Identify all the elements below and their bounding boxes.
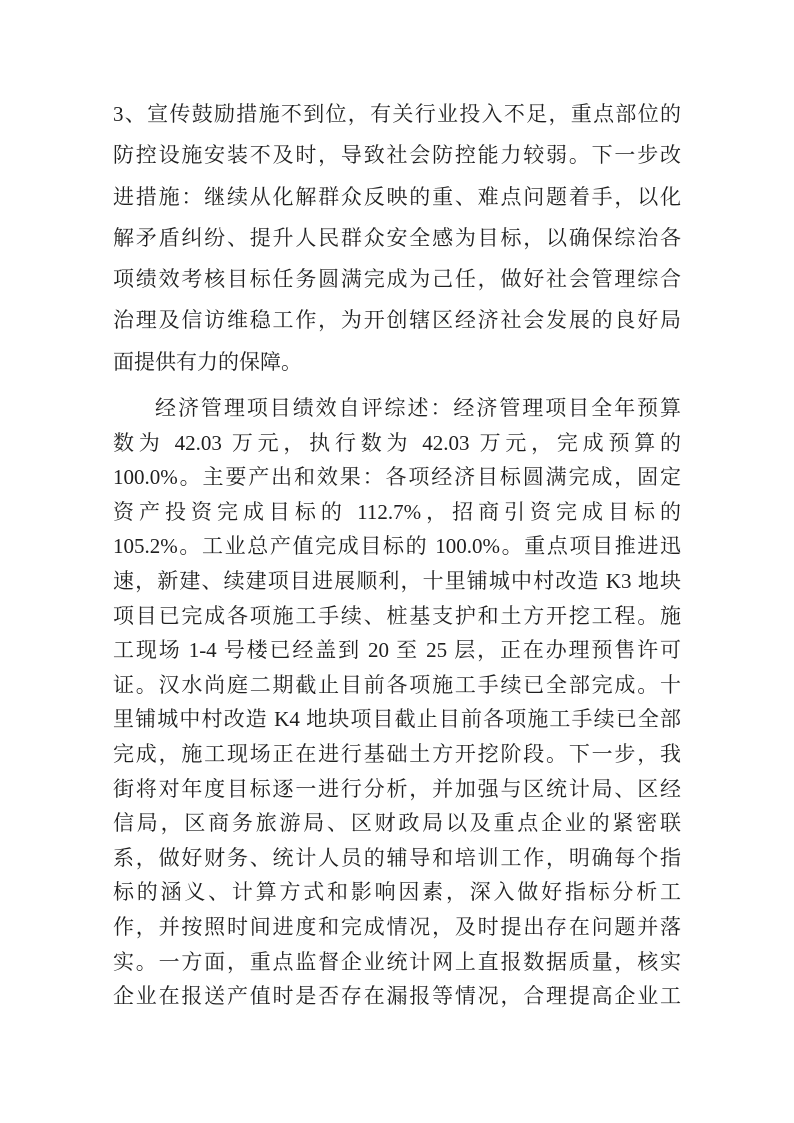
document-line: 项目已完成各项施工手续、桩基支护和土方开挖工程。施 xyxy=(113,599,681,634)
document-line: 面提供有力的保障。 xyxy=(113,342,681,383)
document-line: 100.0%。主要产出和效果：各项经济目标圆满完成，固定 xyxy=(113,460,681,495)
document-text-block: 3、宣传鼓励措施不到位，有关行业投入不足，重点部位的 防控设施安装不及时，导致社… xyxy=(113,94,681,1014)
document-line: 完成，施工现场正在进行基础土方开挖阶段。下一步，我 xyxy=(113,737,681,772)
document-line: 进措施：继续从化解群众反映的重、难点问题着手，以化 xyxy=(113,177,681,218)
document-line: 企业在报送产值时是否存在漏报等情况，合理提高企业工 xyxy=(113,979,681,1014)
document-line: 治理及信访维稳工作，为开创辖区经济社会发展的良好局 xyxy=(113,300,681,341)
paragraph-comprehensive-governance: 3、宣传鼓励措施不到位，有关行业投入不足，重点部位的 防控设施安装不及时，导致社… xyxy=(113,94,681,383)
document-line: 标的涵义、计算方式和影响因素，深入做好指标分析工 xyxy=(113,875,681,910)
document-line: 实。一方面，重点监督企业统计网上直报数据质量，核实 xyxy=(113,945,681,980)
paragraph-economic-management-self-evaluation: 经济管理项目绩效自评综述：经济管理项目全年预算 数为 42.03 万元，执行数为… xyxy=(113,391,681,1014)
document-line: 解矛盾纠纷、提升人民群众安全感为目标，以确保综治各 xyxy=(113,218,681,259)
document-line: 项绩效考核目标任务圆满完成为己任，做好社会管理综合 xyxy=(113,259,681,300)
document-line: 数为 42.03 万元，执行数为 42.03 万元，完成预算的 xyxy=(113,426,681,461)
document-page: 3、宣传鼓励措施不到位，有关行业投入不足，重点部位的 防控设施安装不及时，导致社… xyxy=(0,0,794,1123)
document-line: 信局，区商务旅游局、区财政局以及重点企业的紧密联 xyxy=(113,806,681,841)
document-line: 街将对年度目标逐一进行分析，并加强与区统计局、区经 xyxy=(113,772,681,807)
document-line: 系，做好财务、统计人员的辅导和培训工作，明确每个指 xyxy=(113,841,681,876)
document-line: 证。汉水尚庭二期截止目前各项施工手续已全部完成。十 xyxy=(113,668,681,703)
document-line: 经济管理项目绩效自评综述：经济管理项目全年预算 xyxy=(113,391,681,426)
document-line: 105.2%。工业总产值完成目标的 100.0%。重点项目推进迅 xyxy=(113,529,681,564)
document-line: 工现场 1-4 号楼已经盖到 20 至 25 层，正在办理预售许可 xyxy=(113,633,681,668)
document-line: 3、宣传鼓励措施不到位，有关行业投入不足，重点部位的 xyxy=(113,94,681,135)
document-line: 速，新建、续建项目进展顺利，十里铺城中村改造 K3 地块 xyxy=(113,564,681,599)
document-line: 作，并按照时间进度和完成情况，及时提出存在问题并落 xyxy=(113,910,681,945)
document-line: 防控设施安装不及时，导致社会防控能力较弱。下一步改 xyxy=(113,135,681,176)
document-line: 资产投资完成目标的 112.7%，招商引资完成目标的 xyxy=(113,495,681,530)
document-line: 里铺城中村改造 K4 地块项目截止目前各项施工手续已全部 xyxy=(113,702,681,737)
